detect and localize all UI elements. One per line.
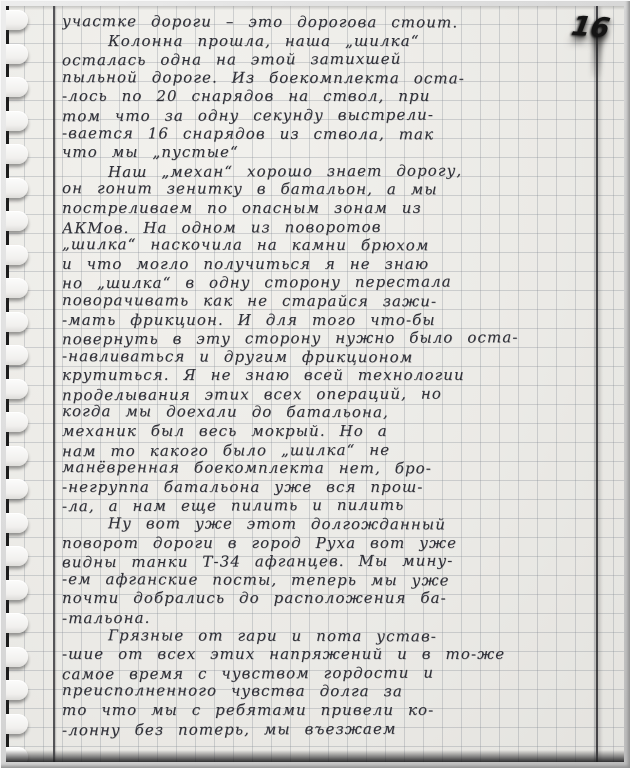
perforation-tab — [6, 178, 28, 198]
perforation-tab — [6, 144, 28, 164]
text-line: крутиться. Я не знаю всей технологии — [62, 366, 616, 385]
perforation-tab — [6, 546, 28, 566]
text-line: -мать фрикцион. И для того что-бы — [62, 311, 616, 330]
perforation-tab — [6, 312, 28, 332]
text-line: почти добрались до расположения ба- — [62, 589, 616, 608]
perforation-tab — [6, 44, 28, 64]
spiral-perforations — [6, 6, 38, 762]
perforation-tab — [6, 111, 28, 131]
perforation-tab — [6, 379, 28, 399]
perforation-tab — [6, 647, 28, 667]
text-line: -тальона. — [62, 607, 616, 628]
text-line: нам то какого было „шилка“ не — [62, 439, 616, 460]
text-line: что мы „пустые“ — [62, 143, 616, 162]
text-line: поворот дороги в город Руха вот уже — [62, 534, 616, 553]
text-line: -негруппа батальона уже вся прош- — [62, 478, 616, 497]
text-line: -лось по 20 снарядов на ствол, при — [62, 87, 616, 106]
text-line: -навливаться и другим фрикционом — [62, 347, 616, 368]
text-line: видны танки Т-34 афганцев. Мы мину- — [62, 551, 616, 572]
text-line: когда мы доехали до батальона, — [62, 403, 616, 424]
text-line: преисполненного чувства долга за — [62, 681, 616, 702]
text-line: -ем афганские посты, теперь мы уже — [62, 570, 616, 591]
text-line: -вается 16 снарядов из ствола, так — [62, 124, 616, 145]
perforation-tab — [6, 412, 28, 432]
perforation-tab — [6, 10, 28, 30]
perforation-tab — [6, 580, 28, 600]
text-line: -лонну без потерь, мы въезжаем — [62, 718, 616, 739]
perforation-tab — [6, 278, 28, 298]
perforation-tab — [6, 77, 28, 97]
scan-frame: участке дороги – это дорогова стоит.Коло… — [0, 0, 630, 768]
text-line: АКМов. На одном из поворотов — [62, 216, 616, 237]
perforation-tab — [6, 446, 28, 466]
text-line: но „шилка“ в одну сторону перестала — [62, 272, 616, 293]
perforation-tab — [6, 613, 28, 633]
perforation-tab — [6, 680, 28, 700]
perforation-tab — [6, 479, 28, 499]
text-line: том что за одну секунду выстрели- — [62, 105, 616, 126]
perforation-tab — [6, 211, 28, 231]
perforation-tab — [6, 513, 28, 533]
text-line: Грязные от гари и пота устав- — [62, 626, 616, 647]
page-bottom-shadow — [6, 750, 624, 762]
text-line: поворачивать как не старайся зажи- — [62, 291, 616, 312]
margin-line — [53, 6, 55, 762]
perforation-tab — [6, 345, 28, 365]
text-line: манёвренная боекомплекта нет, бро- — [62, 458, 616, 479]
text-line: осталась одна на этой затихшей — [62, 49, 616, 70]
text-line: он гонит зенитку в батальон, а мы — [62, 179, 616, 200]
text-line: механик был весь мокрый. Но а — [62, 422, 616, 441]
text-line: постреливаем по опасным зонам из — [62, 199, 616, 218]
text-line: участке дороги – это дорогова стоит. — [62, 13, 616, 33]
text-line: повернуть в эту сторону нужно было оста- — [62, 328, 616, 349]
text-line: „шилка“ наскочила на камни брюхом — [62, 235, 616, 256]
text-line: и что могло получиться я не знаю — [62, 255, 616, 274]
perforation-tab — [6, 245, 28, 265]
text-line: то что мы с ребятами привели ко- — [62, 701, 616, 720]
handwritten-text: участке дороги – это дорогова стоит.Коло… — [62, 13, 616, 748]
text-line: Колонна прошла, наша „шилка“ — [62, 32, 616, 51]
notebook-page: участке дороги – это дорогова стоит.Коло… — [6, 6, 624, 762]
text-line: -шие от всех этих напряжений и в то-же — [62, 645, 616, 664]
text-line: Ну вот уже этот долгожданный — [62, 514, 616, 535]
page-top-shade — [6, 6, 624, 10]
text-line: -ла, а нам еще пилить и пилить — [62, 495, 616, 516]
page-number: 16 — [570, 11, 613, 44]
perforation-tab — [6, 714, 28, 734]
text-line: пыльной дороге. Из боекомплекта оста- — [62, 68, 616, 89]
